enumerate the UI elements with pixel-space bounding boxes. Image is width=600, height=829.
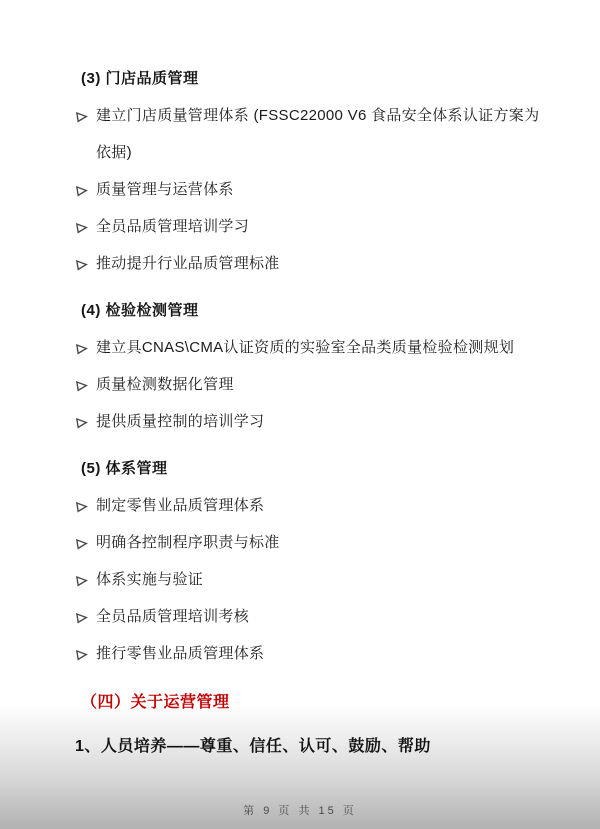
chapter-heading-operations: （四）关于运营管理	[81, 684, 544, 721]
document-page: { "page": { "background": "#ffffff", "bo…	[0, 0, 600, 829]
list-item-text: 制定零售业品质管理体系	[96, 487, 544, 524]
list-item: 推动提升行业品质管理标准	[75, 245, 544, 282]
arrowhead-right-icon	[75, 97, 96, 134]
arrowhead-right-icon	[75, 561, 96, 598]
arrowhead-right-icon	[75, 171, 96, 208]
list-item-text: 推动提升行业品质管理标准	[96, 245, 544, 282]
list-item: 体系实施与验证	[75, 561, 544, 598]
list-item: 全员品质管理培训学习	[75, 208, 544, 245]
list-item-text: 全员品质管理培训学习	[96, 208, 544, 245]
arrowhead-right-icon	[75, 245, 96, 282]
list-item: 全员品质管理培训考核	[75, 598, 544, 635]
arrowhead-right-icon	[75, 598, 96, 635]
list-item-text: 建立具CNAS\CMA认证资质的实验室全品类质量检验检测规划	[96, 329, 544, 366]
subsection-heading-talent: 1、人员培养——尊重、信任、认可、鼓励、帮助	[75, 728, 544, 765]
list-item-text: 质量管理与运营体系	[96, 171, 544, 208]
list-item: 建立具CNAS\CMA认证资质的实验室全品类质量检验检测规划	[75, 329, 544, 366]
list-item-text: 提供质量控制的培训学习	[96, 403, 544, 440]
list-item-text: 明确各控制程序职责与标准	[96, 524, 544, 561]
list-item-text: 体系实施与验证	[96, 561, 544, 598]
list-item: 推行零售业品质管理体系	[75, 635, 544, 672]
list-item: 明确各控制程序职责与标准	[75, 524, 544, 561]
arrowhead-right-icon	[75, 329, 96, 366]
page-content: (3) 门店品质管理 建立门店质量管理体系 (FSSC22000 V6 食品安全…	[0, 0, 600, 765]
arrowhead-right-icon	[75, 366, 96, 403]
arrowhead-right-icon	[75, 524, 96, 561]
arrowhead-right-icon	[75, 208, 96, 245]
section-heading-inspection: (4) 检验检测管理	[81, 292, 544, 329]
section-heading-system: (5) 体系管理	[81, 450, 544, 487]
arrowhead-right-icon	[75, 487, 96, 524]
list-item: 提供质量控制的培训学习	[75, 403, 544, 440]
list-item-text: 质量检测数据化管理	[96, 366, 544, 403]
list-item: 质量管理与运营体系	[75, 171, 544, 208]
list-item: 制定零售业品质管理体系	[75, 487, 544, 524]
list-item-text: 全员品质管理培训考核	[96, 598, 544, 635]
arrowhead-right-icon	[75, 635, 96, 672]
section-heading-store-quality: (3) 门店品质管理	[81, 60, 544, 97]
page-number: 第 9 页 共 15 页	[0, 802, 600, 818]
list-item-text: 建立门店质量管理体系 (FSSC22000 V6 食品安全体系认证方案为依据)	[96, 97, 544, 171]
list-item-text: 推行零售业品质管理体系	[96, 635, 544, 672]
list-item: 质量检测数据化管理	[75, 366, 544, 403]
list-item: 建立门店质量管理体系 (FSSC22000 V6 食品安全体系认证方案为依据)	[75, 97, 544, 171]
arrowhead-right-icon	[75, 403, 96, 440]
